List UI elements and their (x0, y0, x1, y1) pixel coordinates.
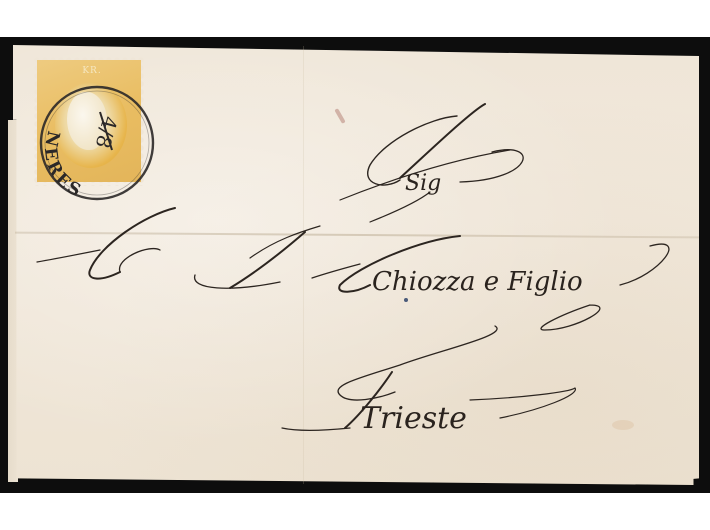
scan-canvas: KR. NERES 4/8 Sig (0, 0, 710, 530)
stamp-inscription: KR. (57, 66, 127, 78)
circular-postmark: NERES 4/8 (36, 82, 158, 204)
stain (612, 420, 634, 430)
postmark-town: NERES (40, 129, 87, 202)
vertical-fold-line (303, 46, 304, 484)
ink-spot (404, 298, 408, 302)
